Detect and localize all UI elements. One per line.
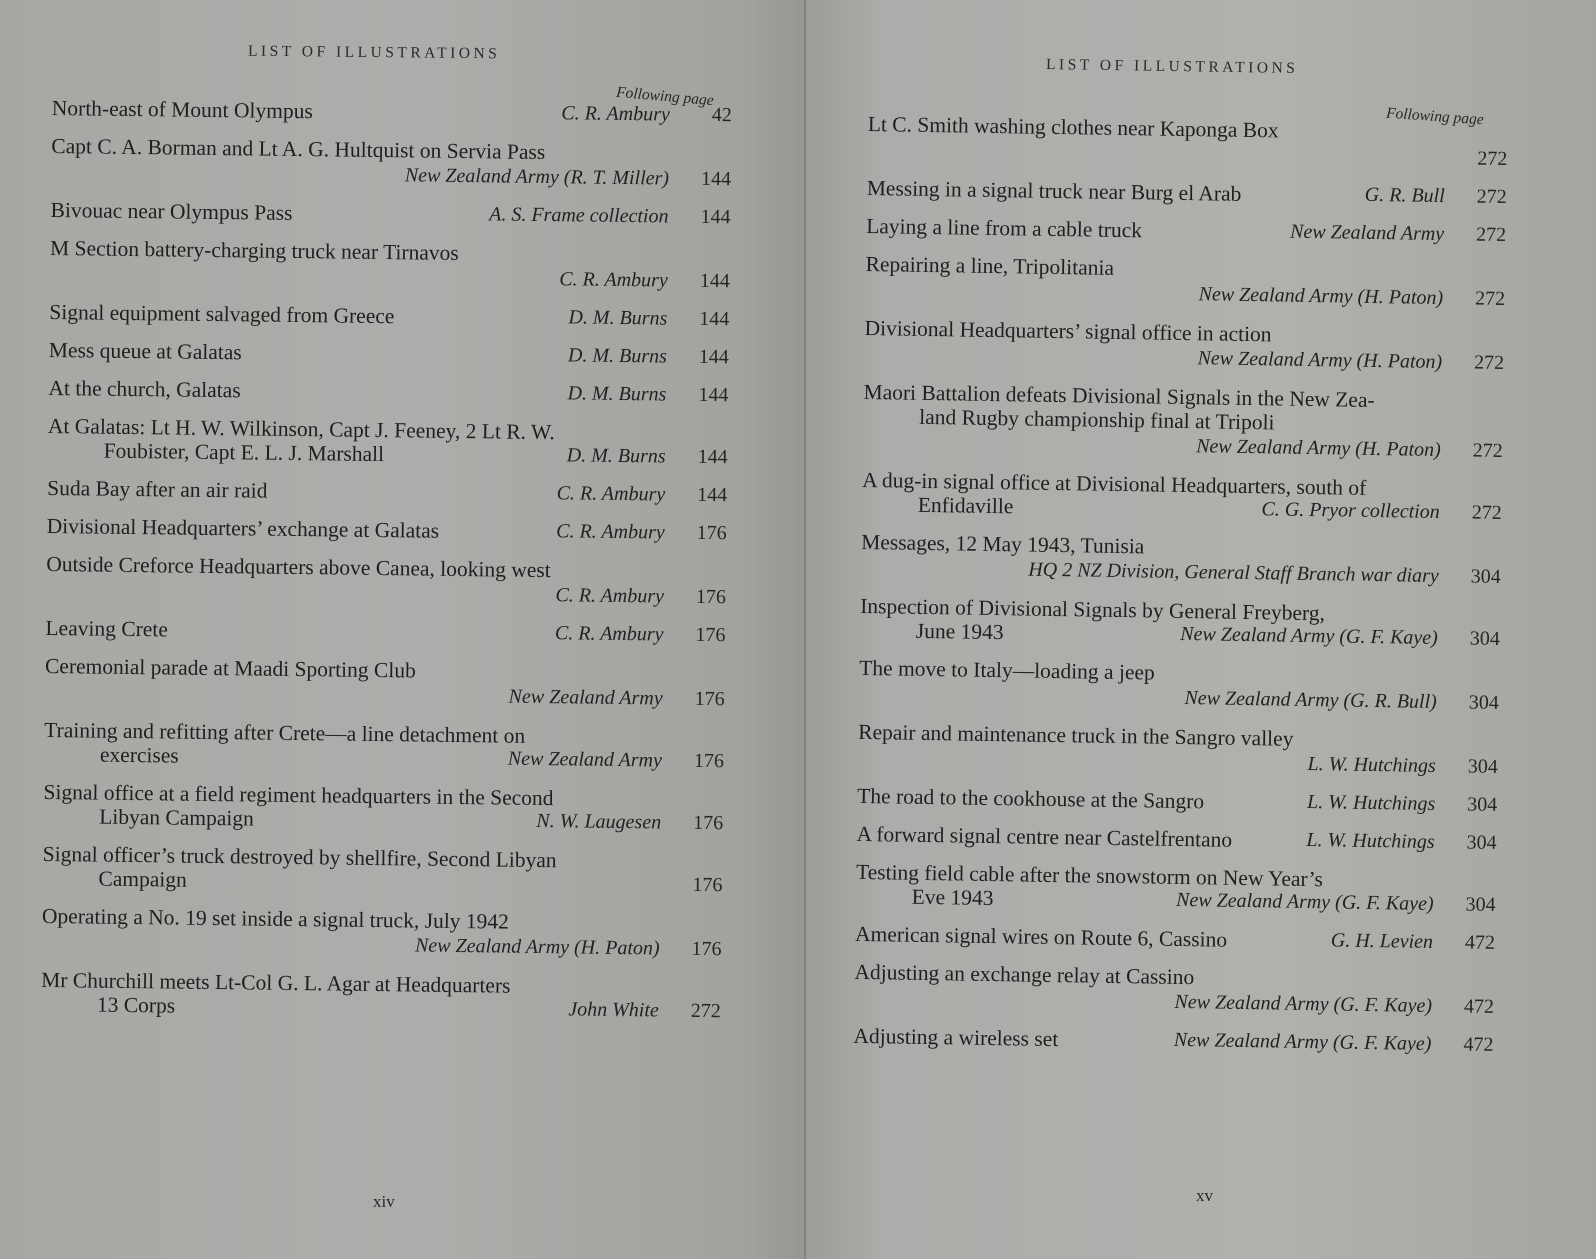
list-item: Operating a No. 19 set inside a signal t… xyxy=(42,904,723,962)
list-item: Maori Battalion defeats Divisional Signa… xyxy=(863,380,1504,464)
book-spread: LIST OF ILLUSTRATIONS Following page Nor… xyxy=(0,0,1596,1259)
credit-row: L. W. Hutchings304 xyxy=(1306,829,1497,856)
following-page-number: 304 xyxy=(1434,831,1496,855)
credit-row: D. M. Burns144 xyxy=(568,344,729,370)
following-page-number: 304 xyxy=(1435,793,1497,817)
credit-row: 176 xyxy=(660,873,722,898)
list-item: Signal officer’s truck destroyed by shel… xyxy=(42,842,723,898)
list-item: Inspection of Divisional Signals by Gene… xyxy=(860,594,1501,652)
following-page-number: 304 xyxy=(1439,565,1501,589)
list-item: Ceremonial parade at Maadi Sporting Club… xyxy=(45,654,726,712)
title-line: At the church, Galatas xyxy=(48,376,241,402)
list-item: Training and refitting after Crete—a lin… xyxy=(44,718,725,774)
credit-row: New Zealand Army176 xyxy=(508,748,724,775)
following-page-number: 176 xyxy=(663,688,725,712)
credit-row: G. R. Bull272 xyxy=(1365,184,1507,210)
list-item: Signal equipment salvaged from GreeceD. … xyxy=(49,300,729,332)
title-continuation: 13 Corps xyxy=(41,992,641,1023)
credit-row: New Zealand Army (G. F. Kaye)472 xyxy=(1174,1029,1494,1058)
illustration-title: Maori Battalion defeats Divisional Signa… xyxy=(863,380,1504,438)
credit-row: N. W. Laugesen176 xyxy=(536,810,723,836)
title-line: Signal equipment salvaged from Greece xyxy=(49,300,394,328)
following-page-number: 304 xyxy=(1436,755,1498,779)
photo-credit: C. R. Ambury xyxy=(559,268,668,292)
following-page-number: 304 xyxy=(1438,627,1500,651)
photo-credit: New Zealand Army (G. R. Bull) xyxy=(1184,687,1437,714)
title-line: American signal wires on Route 6, Cassin… xyxy=(855,922,1227,952)
photo-credit: New Zealand Army (H. Paton) xyxy=(1197,347,1442,374)
list-item: Bivouac near Olympus PassA. S. Frame col… xyxy=(50,198,730,230)
photo-credit: C. R. Ambury xyxy=(555,584,664,608)
following-page-number: 272 xyxy=(1445,147,1507,171)
title-line: Suda Bay after an air raid xyxy=(47,476,268,503)
left-page: LIST OF ILLUSTRATIONS Following page Nor… xyxy=(0,0,806,1259)
following-page-number: 472 xyxy=(1433,931,1495,955)
following-page-number: 176 xyxy=(661,811,723,835)
photo-credit: C. G. Pryor collection xyxy=(1261,498,1440,524)
list-item: Mess queue at GalatasD. M. Burns144 xyxy=(49,338,729,370)
title-line: The road to the cookhouse at the Sangro xyxy=(857,784,1204,813)
following-page-number: 272 xyxy=(1445,185,1507,209)
credit-row: C. R. Ambury176 xyxy=(555,622,726,648)
following-page-number: 272 xyxy=(1440,501,1502,525)
illustration-title: Signal officer’s truck destroyed by shel… xyxy=(42,842,723,898)
list-item: Adjusting an exchange relay at CassinoNe… xyxy=(854,960,1495,1020)
following-page-number: 272 xyxy=(1442,351,1504,375)
running-head: LIST OF ILLUSTRATIONS xyxy=(1046,56,1299,78)
following-page-number: 272 xyxy=(659,999,721,1023)
list-item: Divisional Headquarters’ exchange at Gal… xyxy=(47,514,727,546)
photo-credit: D. M. Burns xyxy=(567,382,666,406)
photo-credit: New Zealand Army (H. Paton) xyxy=(1198,283,1443,310)
title-line: Operating a No. 19 set inside a signal t… xyxy=(42,904,509,934)
title-line: Leaving Crete xyxy=(45,616,168,641)
title-line: Messages, 12 May 1943, Tunisia xyxy=(861,530,1144,558)
following-page-number: 144 xyxy=(667,346,729,370)
list-item: M Section battery-charging truck near Ti… xyxy=(50,236,731,294)
list-item: The move to Italy—loading a jeepNew Zeal… xyxy=(859,656,1500,716)
credit-row: D. M. Burns144 xyxy=(567,382,728,408)
following-page-number: 176 xyxy=(663,624,725,648)
photo-credit: A. S. Frame collection xyxy=(489,203,669,228)
following-page-number: 176 xyxy=(662,750,724,774)
photo-credit: C. R. Ambury xyxy=(557,482,666,506)
credit-row: D. M. Burns144 xyxy=(567,444,728,470)
illustration-list: Lt C. Smith washing clothes near Kaponga… xyxy=(853,112,1508,1072)
title-line: Outside Creforce Headquarters above Cane… xyxy=(46,552,551,582)
list-item: American signal wires on Route 6, Cassin… xyxy=(855,922,1495,956)
list-item: A dug-in signal office at Divisional Hea… xyxy=(862,468,1503,526)
photo-credit: C. R. Ambury xyxy=(556,520,665,544)
credit-row: C. R. Ambury176 xyxy=(556,520,727,546)
following-page-number: 472 xyxy=(1432,995,1494,1019)
list-item: Repairing a line, TripolitaniaNew Zealan… xyxy=(865,252,1506,312)
following-page-number: 272 xyxy=(1441,439,1503,463)
photo-credit: New Zealand Army xyxy=(508,686,662,711)
following-page-number: 144 xyxy=(665,446,727,470)
photo-credit: G. H. Levien xyxy=(1331,929,1434,954)
following-page-number: 176 xyxy=(665,522,727,546)
photo-credit: C. R. Ambury xyxy=(555,622,664,646)
title-line: The move to Italy—loading a jeep xyxy=(859,656,1155,685)
photo-credit: L. W. Hutchings xyxy=(1307,753,1436,778)
photo-credit: D. M. Burns xyxy=(567,444,666,468)
title-continuation: Foubister, Capt E. L. J. Marshall xyxy=(48,438,648,469)
photo-credit: D. M. Burns xyxy=(568,306,667,330)
photo-credit: New Zealand Army (G. F. Kaye) xyxy=(1174,991,1432,1018)
credit-row: G. H. Levien472 xyxy=(1331,929,1496,956)
photo-credit: New Zealand Army xyxy=(1290,221,1444,246)
credit-row: L. W. Hutchings304 xyxy=(1307,791,1498,818)
following-page-number: 272 xyxy=(1443,287,1505,311)
following-page-number: 176 xyxy=(659,937,721,961)
list-item: Adjusting a wireless setNew Zealand Army… xyxy=(853,1024,1493,1058)
credit-row: C. R. Ambury144 xyxy=(557,482,728,508)
list-item: Messages, 12 May 1943, TunisiaHQ 2 NZ Di… xyxy=(861,530,1502,590)
list-item: Laying a line from a cable truckNew Zeal… xyxy=(866,214,1506,248)
photo-credit: G. R. Bull xyxy=(1365,184,1445,208)
credit-row: A. S. Frame collection144 xyxy=(489,203,731,230)
following-page-number: 144 xyxy=(667,308,729,332)
photo-credit: John White xyxy=(568,998,659,1022)
list-item: Messing in a signal truck near Burg el A… xyxy=(867,176,1507,210)
following-page-number: 304 xyxy=(1433,893,1495,917)
list-item: Suda Bay after an air raidC. R. Ambury14… xyxy=(47,476,727,508)
photo-credit: N. W. Laugesen xyxy=(536,810,661,835)
photo-credit: New Zealand Army (H. Paton) xyxy=(1196,435,1441,462)
title-line: Laying a line from a cable truck xyxy=(866,214,1142,242)
following-page-number: 144 xyxy=(665,484,727,508)
following-page-number: 144 xyxy=(669,168,731,192)
following-page-number: 176 xyxy=(664,586,726,610)
following-page-number: 176 xyxy=(660,873,722,897)
credit-row: D. M. Burns144 xyxy=(568,306,729,332)
photo-credit: New Zealand Army (G. F. Kaye) xyxy=(1176,889,1434,916)
title-line: Adjusting a wireless set xyxy=(853,1024,1058,1051)
title-line: M Section battery-charging truck near Ti… xyxy=(50,236,459,265)
photo-credit: New Zealand Army (G. F. Kaye) xyxy=(1174,1029,1432,1056)
list-item: Testing field cable after the snowstorm … xyxy=(855,860,1496,918)
right-page: LIST OF ILLUSTRATIONS Following page Lt … xyxy=(806,0,1596,1259)
title-line: Adjusting an exchange relay at Cassino xyxy=(854,960,1194,989)
photo-credit: New Zealand Army (R. T. Miller) xyxy=(405,164,670,190)
list-item: Divisional Headquarters’ signal office i… xyxy=(864,316,1505,376)
list-item: A forward signal centre near Castelfrent… xyxy=(856,822,1496,856)
list-item: At Galatas: Lt H. W. Wilkinson, Capt J. … xyxy=(48,414,729,470)
list-item: Mr Churchill meets Lt-Col G. L. Agar at … xyxy=(41,968,722,1024)
following-page-number: 144 xyxy=(666,384,728,408)
credit-row: John White272 xyxy=(568,998,721,1024)
title-line: Divisional Headquarters’ exchange at Gal… xyxy=(47,514,440,543)
following-page-number: 472 xyxy=(1431,1033,1493,1057)
list-item: Outside Creforce Headquarters above Cane… xyxy=(46,552,727,610)
list-item: At the church, GalatasD. M. Burns144 xyxy=(48,376,728,408)
title-line: Bivouac near Olympus Pass xyxy=(50,198,292,225)
photo-credit: C. R. Ambury xyxy=(561,102,670,126)
photo-credit: New Zealand Army (G. F. Kaye) xyxy=(1180,623,1438,650)
list-item: Repair and maintenance truck in the Sang… xyxy=(858,720,1499,780)
following-page-number: 144 xyxy=(668,270,730,294)
credit-row: New Zealand Army (G. F. Kaye)304 xyxy=(1176,889,1496,918)
title-line: Messing in a signal truck near Burg el A… xyxy=(867,176,1242,206)
following-page-number: 304 xyxy=(1437,691,1499,715)
photo-credit: New Zealand Army (H. Paton) xyxy=(415,934,660,960)
list-item: Capt C. A. Borman and Lt A. G. Hultquist… xyxy=(51,134,732,192)
list-item: The road to the cookhouse at the SangroL… xyxy=(857,784,1497,818)
photo-credit: New Zealand Army xyxy=(508,748,662,773)
photo-credit: L. W. Hutchings xyxy=(1307,791,1436,816)
credit-row: C. R. Ambury42 xyxy=(561,102,732,128)
list-item: Signal office at a field regiment headqu… xyxy=(43,780,724,836)
page-number: xiv xyxy=(373,1192,395,1212)
credit-row: New Zealand Army272 xyxy=(1290,221,1506,248)
title-line: North-east of Mount Olympus xyxy=(52,96,313,123)
title-line: Lt C. Smith washing clothes near Kaponga… xyxy=(868,112,1279,142)
title-line: A forward signal centre near Castelfrent… xyxy=(856,822,1232,852)
title-line: Repairing a line, Tripolitania xyxy=(865,252,1114,280)
photo-credit: D. M. Burns xyxy=(568,344,667,368)
title-line: Capt C. A. Borman and Lt A. G. Hultquist… xyxy=(51,134,545,164)
photo-credit: HQ 2 NZ Division, General Staff Branch w… xyxy=(1028,559,1439,588)
credit-row: C. G. Pryor collection272 xyxy=(1261,498,1502,526)
title-line: Mess queue at Galatas xyxy=(49,338,242,364)
title-line: Divisional Headquarters’ signal office i… xyxy=(864,316,1271,346)
page-number: xv xyxy=(1196,1186,1213,1206)
following-page-number: 272 xyxy=(1444,223,1506,247)
photo-credit: L. W. Hutchings xyxy=(1306,829,1435,854)
list-item: Leaving CreteC. R. Ambury176 xyxy=(45,616,725,648)
title-line: Ceremonial parade at Maadi Sporting Club xyxy=(45,654,416,683)
running-head: LIST OF ILLUSTRATIONS xyxy=(248,43,501,64)
following-page-number: 42 xyxy=(670,104,732,128)
illustration-list: North-east of Mount OlympusC. R. Ambury4… xyxy=(41,96,732,1038)
list-item: Lt C. Smith washing clothes near Kaponga… xyxy=(867,112,1508,172)
following-page-number: 144 xyxy=(668,206,730,230)
credit-row: New Zealand Army (G. F. Kaye)304 xyxy=(1180,623,1500,652)
